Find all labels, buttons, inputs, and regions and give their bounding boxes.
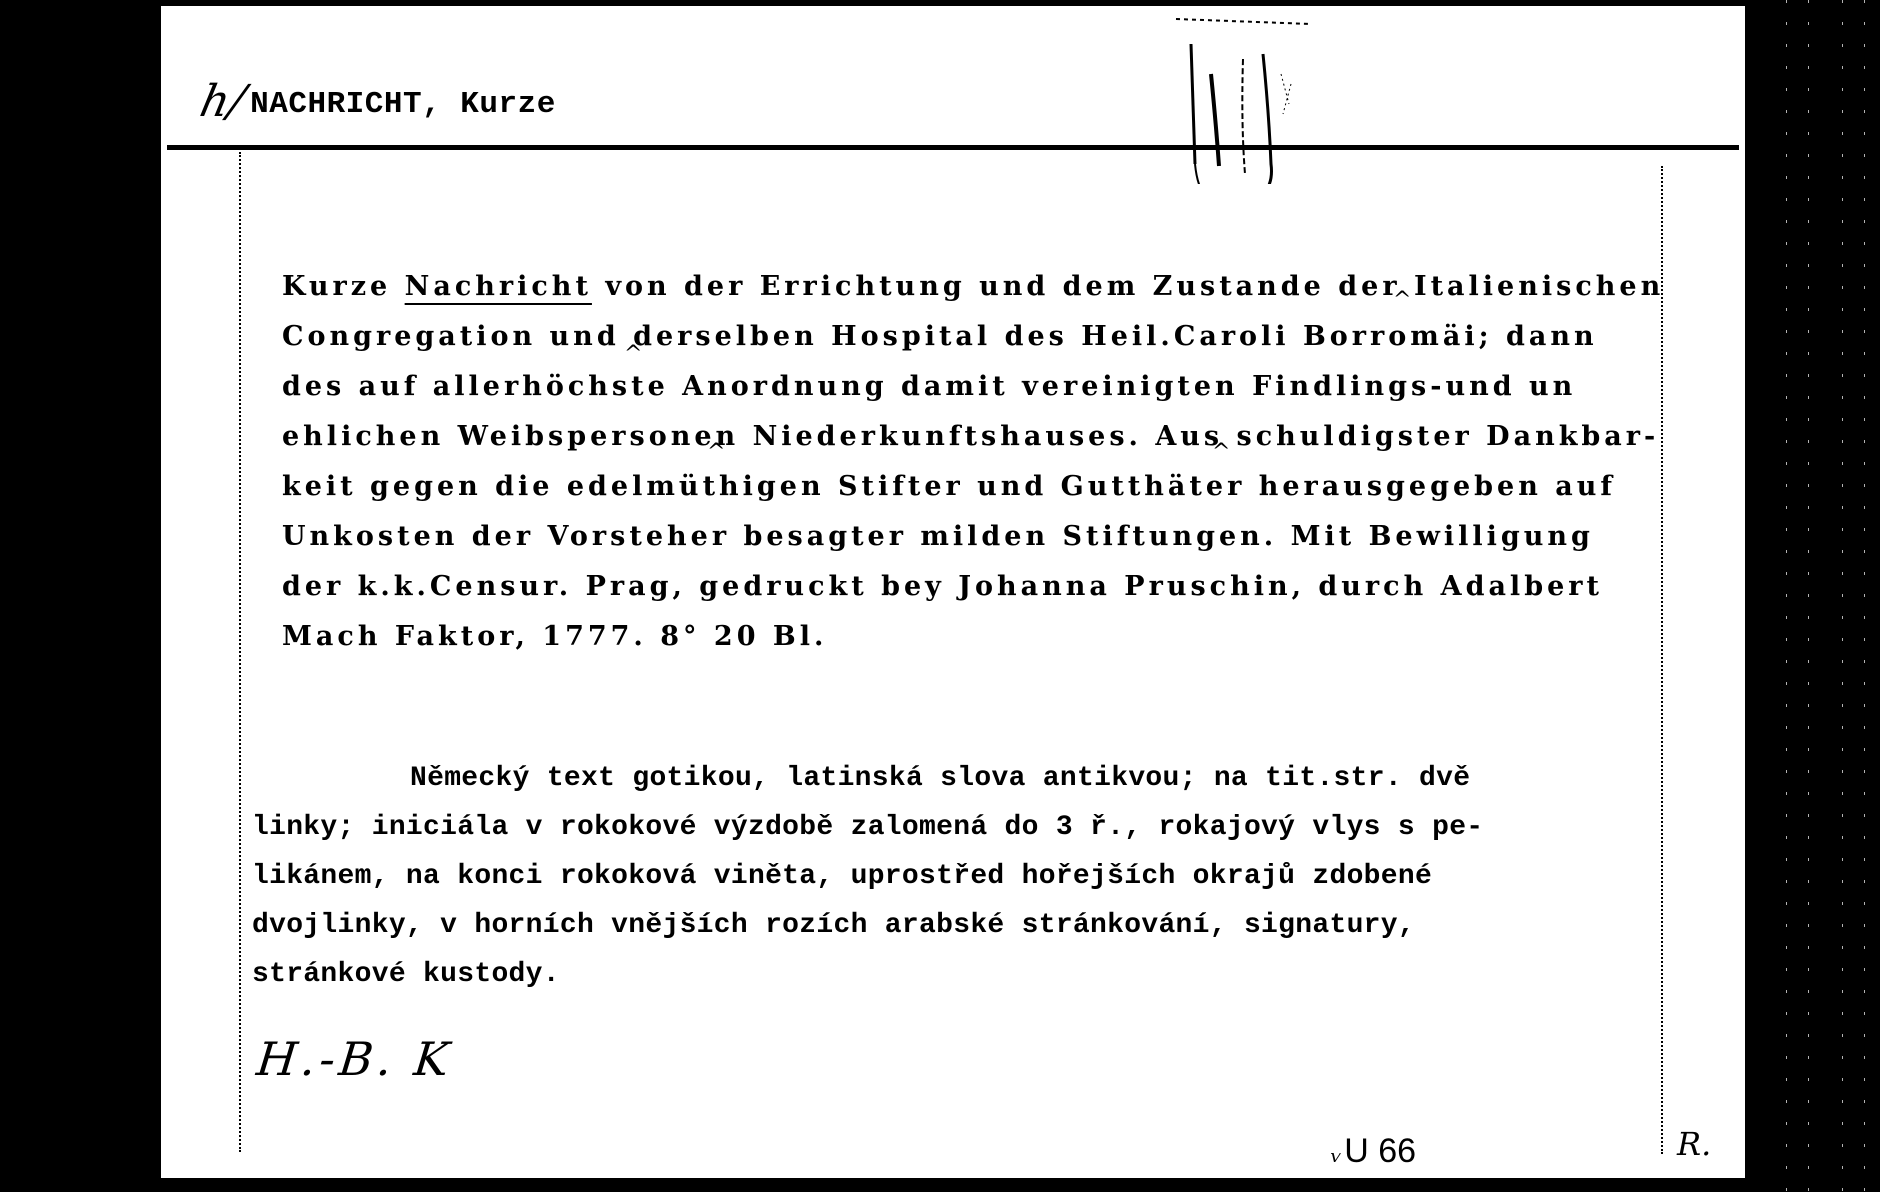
scan-border-artifact <box>1760 0 1880 1192</box>
fraktur-text: keit gegen die edelmüthigen Stifter und … <box>282 471 1616 502</box>
corner-handwritten-mark: R. <box>1677 1128 1711 1160</box>
card-heading: h/ NACHRICHT, Kurze <box>201 64 556 124</box>
catalog-card: h/ NACHRICHT, Kurze Kurze Nachricht von … <box>161 6 1745 1178</box>
fraktur-text: ehlichen Weibspersonen Niederkunftshause… <box>282 421 1659 452</box>
fraktur-text: des auf allerhöchste Anordnung damit ver… <box>282 371 1576 402</box>
description-line: stránkové kustody. <box>252 950 1672 999</box>
fraktur-text: Congregation und derselben Hospital des … <box>282 321 1598 352</box>
fraktur-text: Unkosten der Vorsteher besagter milden S… <box>282 521 1594 552</box>
fraktur-line: Unkosten der Vorsteher besagter milden S… <box>282 512 1682 562</box>
handwritten-initials: H.-B. K <box>255 1036 456 1082</box>
fraktur-text: Mach Faktor, 1777. 8° 20 Bl. <box>282 621 827 652</box>
stamp-scribble <box>1171 14 1331 184</box>
fraktur-line: des auf allerhöchste Anordnung damit ver… <box>282 362 1682 412</box>
handwritten-caret: ^ <box>707 442 725 464</box>
fraktur-line: ehlichen Weibspersonen Niederkunftshause… <box>282 412 1682 462</box>
description-line: linky; iniciála v rokokové výzdobě zalom… <box>252 803 1672 852</box>
fraktur-text: Kurze <box>282 271 405 302</box>
fraktur-text: von der Errichtung und dem Zustande der … <box>592 271 1664 302</box>
fraktur-text: der k.k.Censur. Prag, gedruckt bey Johan… <box>282 571 1603 602</box>
handwritten-mark: h/ <box>196 80 249 124</box>
handwritten-caret: ^ <box>1212 442 1230 464</box>
description-paragraph: Německý text gotikou, latinská slova ant… <box>252 754 1672 999</box>
shelf-mark-prefix: ᵥ <box>1331 1135 1342 1170</box>
fraktur-line: Kurze Nachricht von der Errichtung und d… <box>282 262 1682 312</box>
underlined-keyword: Nachricht <box>405 271 592 302</box>
handwritten-caret: ^ <box>624 344 642 366</box>
left-margin-line <box>239 152 241 1152</box>
heading-rule <box>167 145 1739 150</box>
shelf-mark: ᵥU 66 <box>1331 1134 1416 1168</box>
fraktur-line: Congregation und derselben Hospital des … <box>282 312 1682 362</box>
fraktur-line: der k.k.Censur. Prag, gedruckt bey Johan… <box>282 562 1682 612</box>
handwritten-caret: ^ <box>1393 290 1411 312</box>
fraktur-title-transcription: Kurze Nachricht von der Errichtung und d… <box>282 262 1682 662</box>
description-line: likánem, na konci rokoková viněta, upros… <box>252 852 1672 901</box>
fraktur-line: keit gegen die edelmüthigen Stifter und … <box>282 462 1682 512</box>
fraktur-line: Mach Faktor, 1777. 8° 20 Bl. <box>282 612 1682 662</box>
shelf-mark-value: U 66 <box>1344 1132 1416 1170</box>
card-title: NACHRICHT, Kurze <box>250 89 556 124</box>
description-line: Německý text gotikou, latinská slova ant… <box>252 754 1672 803</box>
description-line: dvojlinky, v horních vnějších rozích ara… <box>252 901 1672 950</box>
